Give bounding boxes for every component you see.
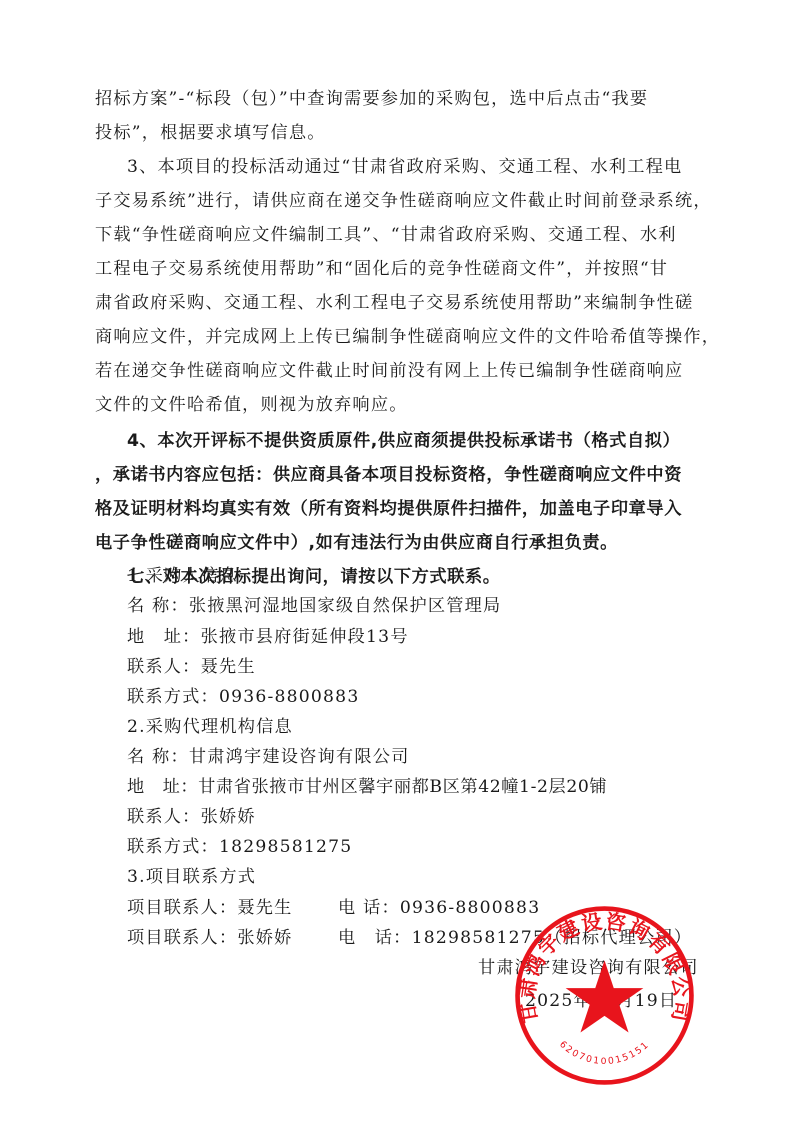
- signature-company: 甘肃鸿宇建设咨询有限公司: [478, 957, 699, 979]
- project-phone-label: 电 话：: [338, 928, 412, 948]
- agency-address-row: 地 址：甘肃省张掖市甘州区馨宇丽都B区第42幢1-2层20铺: [127, 776, 607, 798]
- paragraph-line: 招标方案”-“标段（包）”中查询需要参加的采购包，选中后点击“我要: [95, 88, 648, 110]
- purchaser-address-label: 地 址：: [127, 627, 201, 647]
- project-contact-label: 项目联系人：: [127, 928, 237, 948]
- agency-address: 甘肃省张掖市甘州区馨宇丽都B区第42幢1-2层20铺: [198, 777, 607, 797]
- purchaser-name-row: 名 称：张掖黑河湿地国家级自然保护区管理局: [127, 595, 501, 617]
- project-contact-heading: 3.项目联系方式: [127, 866, 256, 888]
- agency-phone-row: 联系方式：18298581275: [127, 836, 352, 858]
- project-phone: 0936-8800883: [400, 898, 541, 918]
- agency-name-label: 名 称：: [127, 747, 189, 767]
- agency-name-row: 名 称：甘肃鸿宇建设咨询有限公司: [127, 746, 409, 768]
- project-phone: 18298581275（招标代理公司）: [412, 928, 693, 948]
- agency-phone-label: 联系方式：: [127, 837, 219, 857]
- project-phone-row-1: 电 话：0936-8800883: [338, 897, 540, 919]
- purchaser-contact-label: 联系人：: [127, 657, 201, 677]
- purchaser-phone: 0936-8800883: [219, 687, 360, 707]
- paragraph-line: 若在递交争性磋商响应文件截止时间前没有网上上传已编制争性磋商响应: [95, 360, 683, 382]
- agency-contact: 张娇娇: [201, 807, 256, 827]
- agency-contact-label: 联系人：: [127, 807, 201, 827]
- agency-address-label: 地 址：: [127, 777, 198, 797]
- agency-phone: 18298581275: [219, 837, 353, 857]
- paragraph-line: 工程电子交易系统使用帮助”和“固化后的竞争性磋商文件”，并按照“甘: [95, 258, 668, 280]
- project-contact-name: 张娇娇: [237, 928, 292, 948]
- purchaser-contact: 聂先生: [201, 657, 256, 677]
- purchaser-name: 张掖黑河湿地国家级自然保护区管理局: [189, 596, 502, 616]
- purchaser-contact-row: 联系人：聂先生: [127, 656, 256, 678]
- purchaser-address: 张掖市县府街延伸段13号: [201, 627, 409, 647]
- purchaser-heading: 1.采购人信息: [127, 565, 238, 587]
- paragraph-line: 4、本次开评标不提供资质原件,供应商须提供投标承诺书（格式自拟）: [127, 430, 680, 452]
- agency-contact-row: 联系人：张娇娇: [127, 806, 256, 828]
- paragraph-line: 文件的文件哈希值，则视为放弃响应。: [95, 394, 408, 416]
- paragraph-line: ，承诺书内容应包括：供应商具备本项目投标资格，争性磋商响应文件中资: [95, 464, 682, 486]
- project-phone-label: 电 话：: [338, 898, 400, 918]
- project-phone-row-2: 电 话：18298581275（招标代理公司）: [338, 927, 692, 949]
- paragraph-line: 下载“争性磋商响应文件编制工具”、“甘肃省政府采购、交通工程、水利: [95, 224, 677, 246]
- project-contact-label: 项目联系人：: [127, 898, 237, 918]
- agency-name: 甘肃鸿宇建设咨询有限公司: [189, 747, 410, 767]
- purchaser-phone-row: 联系方式：0936-8800883: [127, 686, 359, 708]
- agency-heading: 2.采购代理机构信息: [127, 716, 293, 738]
- document-page: 招标方案”-“标段（包）”中查询需要参加的采购包，选中后点击“我要投标”，根据要…: [0, 0, 793, 1122]
- signature-date: 2025年12月19日: [525, 990, 677, 1012]
- project-contact-row-1: 项目联系人：聂先生: [127, 897, 293, 919]
- purchaser-name-label: 名 称：: [127, 596, 189, 616]
- paragraph-line: 肃省政府采购、交通工程、水利工程电子交易系统使用帮助”来编制争性磋: [95, 292, 693, 314]
- paragraph-line: 投标”，根据要求填写信息。: [95, 122, 326, 144]
- paragraph-line: 商响应文件，并完成网上上传已编制争性磋商响应文件的文件哈希值等操作，: [95, 326, 720, 348]
- purchaser-phone-label: 联系方式：: [127, 687, 219, 707]
- project-contact-name: 聂先生: [237, 898, 292, 918]
- paragraph-line: 格及证明材料均真实有效（所有资料均提供原件扫描件，加盖电子印章导入: [95, 498, 682, 520]
- project-contact-row-2: 项目联系人：张娇娇: [127, 927, 293, 949]
- paragraph-line: 子交易系统”进行，请供应商在递交争性磋商响应文件截止时间前登录系统，: [95, 190, 712, 212]
- purchaser-address-row: 地 址：张掖市县府街延伸段13号: [127, 626, 409, 648]
- paragraph-line: 3、本项目的投标活动通过“甘肃省政府采购、交通工程、水利工程电: [127, 156, 682, 178]
- paragraph-line: 电子争性磋商响应文件中）,如有违法行为由供应商自行承担负责。: [95, 532, 618, 554]
